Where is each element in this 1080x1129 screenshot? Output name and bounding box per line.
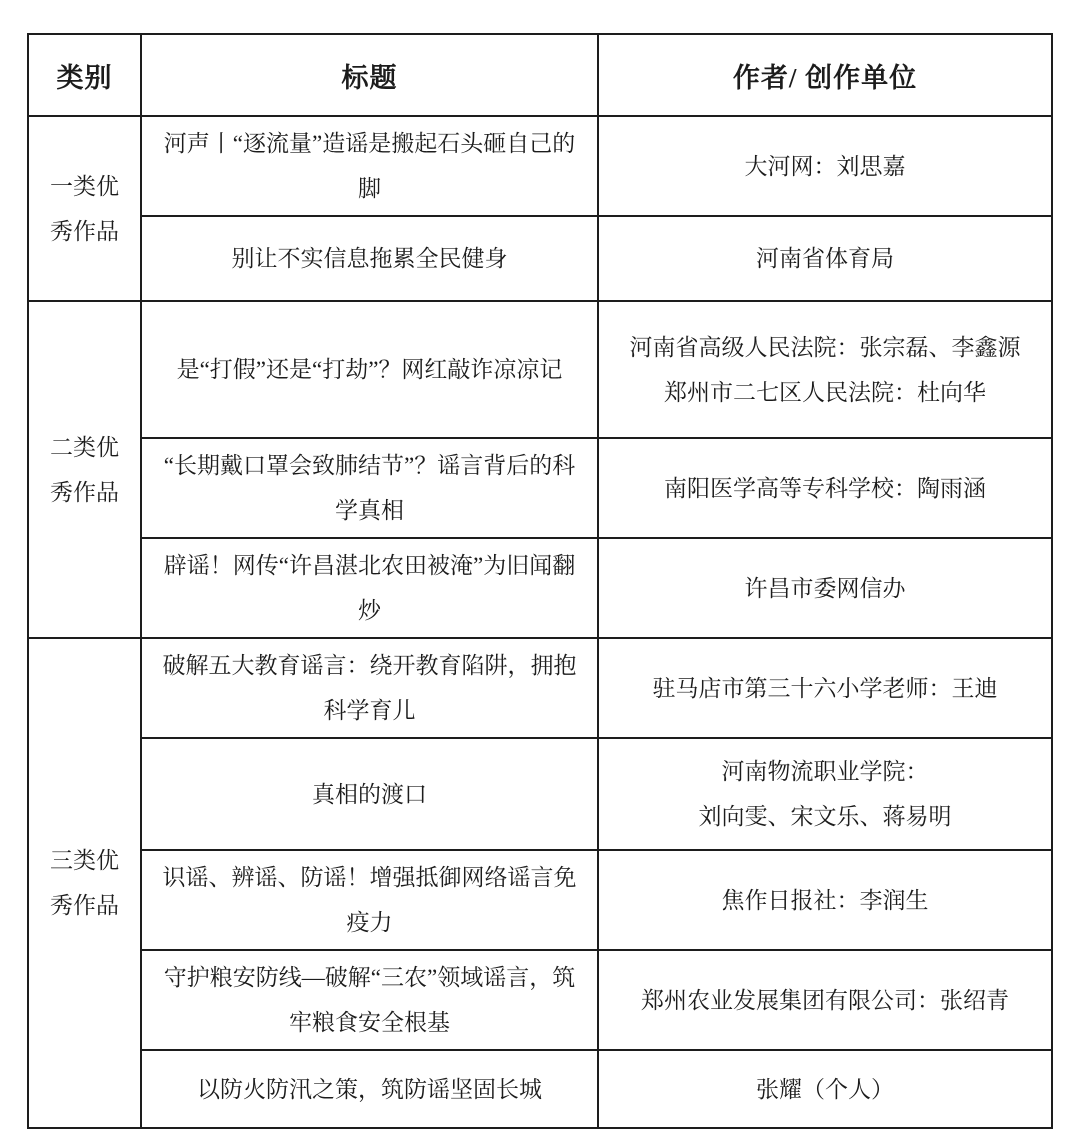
title-cell: 真相的渡口 <box>141 738 598 850</box>
table-row: 真相的渡口 河南物流职业学院： 刘向雯、宋文乐、蒋易明 <box>28 738 1052 850</box>
page: 类别 标题 作者/ 创作单位 一类优秀作品 河声丨“逐流量”造谣是搬起石头砸自己… <box>0 0 1080 1071</box>
header-category: 类别 <box>28 34 141 116</box>
category-cell: 一类优秀作品 <box>28 116 141 301</box>
author-cell: 河南物流职业学院： 刘向雯、宋文乐、蒋易明 <box>598 738 1052 850</box>
title-cell: “长期戴口罩会致肺结节”？谣言背后的科学真相 <box>141 438 598 538</box>
author-cell: 河南省高级人民法院：张宗磊、李鑫源 郑州市二七区人民法院：杜向华 <box>598 301 1052 438</box>
header-row: 类别 标题 作者/ 创作单位 <box>28 34 1052 116</box>
author-cell: 焦作日报社：李润生 <box>598 850 1052 950</box>
author-cell: 张耀（个人） <box>598 1050 1052 1128</box>
author-cell: 驻马店市第三十六小学老师：王迪 <box>598 638 1052 738</box>
title-cell: 河声丨“逐流量”造谣是搬起石头砸自己的脚 <box>141 116 598 216</box>
table-row: 识谣、辨谣、防谣！增强抵御网络谣言免疫力 焦作日报社：李润生 <box>28 850 1052 950</box>
title-cell: 是“打假”还是“打劫”？网红敲诈凉凉记 <box>141 301 598 438</box>
title-cell: 识谣、辨谣、防谣！增强抵御网络谣言免疫力 <box>141 850 598 950</box>
header-author: 作者/ 创作单位 <box>598 34 1052 116</box>
title-cell: 以防火防汛之策，筑防谣坚固长城 <box>141 1050 598 1128</box>
table-row: 三类优秀作品 破解五大教育谣言：绕开教育陷阱，拥抱科学育儿 驻马店市第三十六小学… <box>28 638 1052 738</box>
table-row: 别让不实信息拖累全民健身 河南省体育局 <box>28 216 1052 301</box>
table-row: 一类优秀作品 河声丨“逐流量”造谣是搬起石头砸自己的脚 大河网：刘思嘉 <box>28 116 1052 216</box>
category-label: 二类优秀作品 <box>48 425 122 515</box>
title-cell: 守护粮安防线—破解“三农”领域谣言，筑牢粮食安全根基 <box>141 950 598 1050</box>
title-cell: 破解五大教育谣言：绕开教育陷阱，拥抱科学育儿 <box>141 638 598 738</box>
author-cell: 河南省体育局 <box>598 216 1052 301</box>
author-cell: 许昌市委网信办 <box>598 538 1052 638</box>
table-row: 守护粮安防线—破解“三农”领域谣言，筑牢粮食安全根基 郑州农业发展集团有限公司：… <box>28 950 1052 1050</box>
table-row: 二类优秀作品 是“打假”还是“打劫”？网红敲诈凉凉记 河南省高级人民法院：张宗磊… <box>28 301 1052 438</box>
table-row: 辟谣！网传“许昌湛北农田被淹”为旧闻翻炒 许昌市委网信办 <box>28 538 1052 638</box>
author-cell: 大河网：刘思嘉 <box>598 116 1052 216</box>
table-row: “长期戴口罩会致肺结节”？谣言背后的科学真相 南阳医学高等专科学校：陶雨涵 <box>28 438 1052 538</box>
title-cell: 辟谣！网传“许昌湛北农田被淹”为旧闻翻炒 <box>141 538 598 638</box>
category-cell: 三类优秀作品 <box>28 638 141 1128</box>
awards-table: 类别 标题 作者/ 创作单位 一类优秀作品 河声丨“逐流量”造谣是搬起石头砸自己… <box>27 33 1053 1129</box>
author-cell: 郑州农业发展集团有限公司：张绍青 <box>598 950 1052 1050</box>
table-row: 以防火防汛之策，筑防谣坚固长城 张耀（个人） <box>28 1050 1052 1128</box>
author-cell: 南阳医学高等专科学校：陶雨涵 <box>598 438 1052 538</box>
category-cell: 二类优秀作品 <box>28 301 141 638</box>
category-label: 三类优秀作品 <box>48 838 122 928</box>
header-title: 标题 <box>141 34 598 116</box>
title-cell: 别让不实信息拖累全民健身 <box>141 216 598 301</box>
category-label: 一类优秀作品 <box>48 164 122 254</box>
